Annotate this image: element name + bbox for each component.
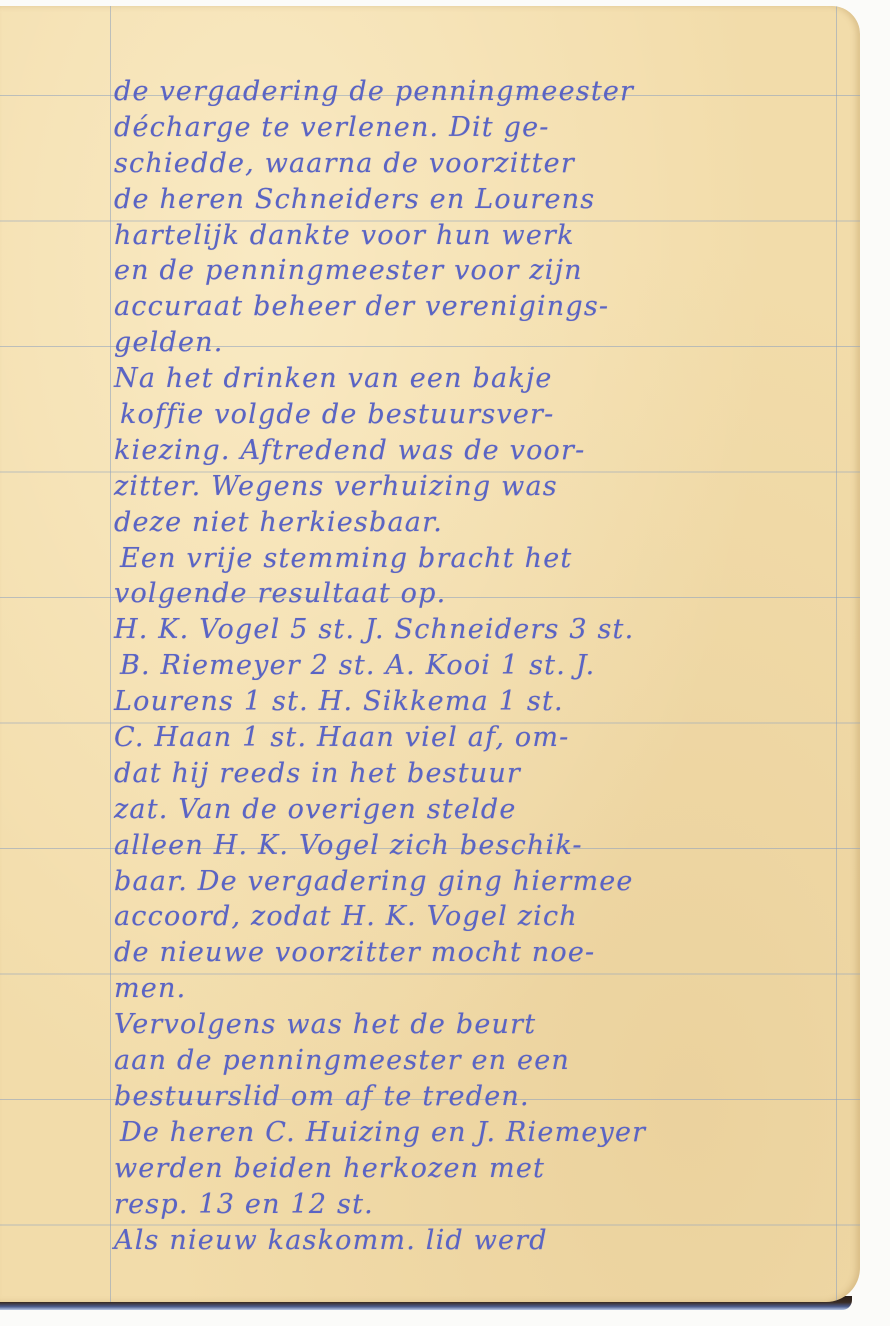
text-line: schiedde, waarna de voorzitter	[114, 146, 854, 182]
vote-result-line: H. K. Vogel 5 st. J. Schneiders 3 st.	[114, 612, 854, 648]
text-line: Een vrije stemming bracht het	[114, 541, 854, 577]
notebook-page: de vergadering de penningmeester décharg…	[0, 6, 860, 1302]
text-line: De heren C. Huizing en J. Riemeyer	[114, 1115, 854, 1151]
text-line: de vergadering de penningmeester	[114, 74, 854, 110]
text-line: dat hij reeds in het bestuur	[114, 756, 854, 792]
text-line: zat. Van de overigen stelde	[114, 792, 854, 828]
text-line: de heren Schneiders en Lourens	[114, 182, 854, 218]
text-line: décharge te verlenen. Dit ge-	[114, 110, 854, 146]
text-line: zitter. Wegens verhuizing was	[114, 469, 854, 505]
text-line: Na het drinken van een bakje	[114, 361, 854, 397]
text-line: Vervolgens was het de beurt	[114, 1007, 854, 1043]
text-line: koffie volgde de bestuursver-	[114, 397, 854, 433]
text-line: hartelijk dankte voor hun werk	[114, 218, 854, 254]
text-line: aan de penningmeester en een	[114, 1043, 854, 1079]
text-line: werden beiden herkozen met	[114, 1151, 854, 1187]
vote-result-line: Lourens 1 st. H. Sikkema 1 st.	[114, 684, 854, 720]
vote-result-line: C. Haan 1 st. Haan viel af, om-	[114, 720, 854, 756]
text-line: deze niet herkiesbaar.	[114, 505, 854, 541]
text-line: kiezing. Aftredend was de voor-	[114, 433, 854, 469]
text-line: volgende resultaat op.	[114, 576, 854, 612]
text-line: gelden.	[114, 325, 854, 361]
text-line: resp. 13 en 12 st.	[114, 1187, 854, 1223]
text-line: de nieuwe voorzitter mocht noe-	[114, 935, 854, 971]
text-line: alleen H. K. Vogel zich beschik-	[114, 828, 854, 864]
text-line: accuraat beheer der verenigings-	[114, 289, 854, 325]
text-line: en de penningmeester voor zijn	[114, 253, 854, 289]
scanned-notebook-page: de vergadering de penningmeester décharg…	[0, 0, 890, 1326]
text-line: accoord, zodat H. K. Vogel zich	[114, 899, 854, 935]
left-margin-line	[110, 6, 111, 1302]
vote-result-line: B. Riemeyer 2 st. A. Kooi 1 st. J.	[114, 648, 854, 684]
handwritten-text: de vergadering de penningmeester décharg…	[114, 74, 854, 1258]
text-line: men.	[114, 971, 854, 1007]
text-line: Als nieuw kaskomm. lid werd	[114, 1223, 854, 1259]
text-line: baar. De vergadering ging hiermee	[114, 864, 854, 900]
text-line: bestuurslid om af te treden.	[114, 1079, 854, 1115]
